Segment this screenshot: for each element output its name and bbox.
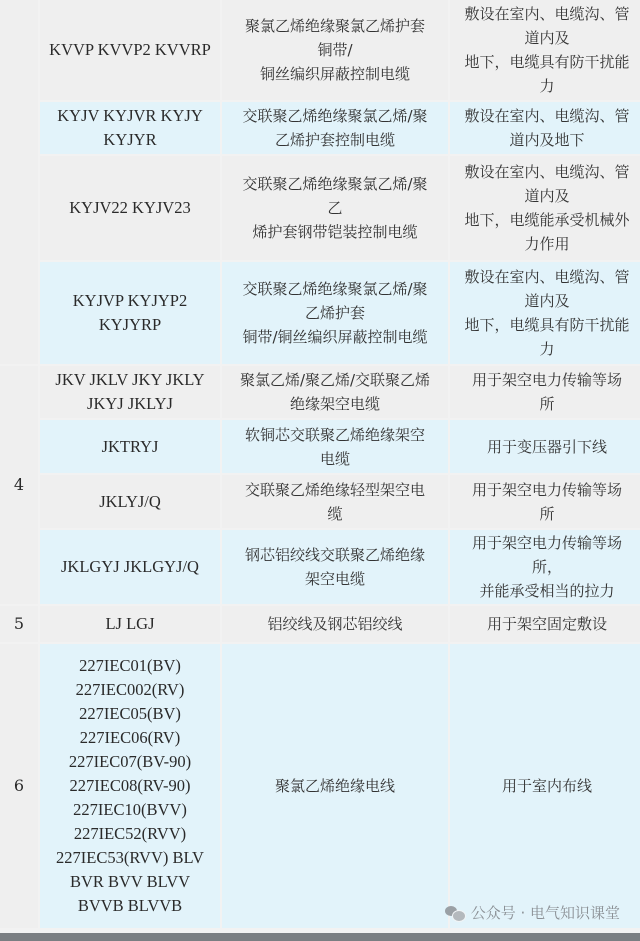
description-cell: 交联聚乙烯绝缘聚氯乙烯/聚 乙烯护套控制电缆 <box>222 102 448 154</box>
description-cell: 交联聚乙烯绝缘聚氯乙烯/聚 乙烯护套 铜带/铜丝编织屏蔽控制电缆 <box>222 262 448 364</box>
row-number: 4 <box>0 366 38 604</box>
model-cell: KVVP KVVP2 KVVRP <box>40 0 220 100</box>
row-number: 5 <box>0 606 38 642</box>
description-cell: 软铜芯交联聚乙烯绝缘架空 电缆 <box>222 420 448 473</box>
row-number: 6 <box>0 644 38 928</box>
model-cell: LJ LGJ <box>40 606 220 642</box>
model-cell: KYJVP KYJYP2 KYJYRP <box>40 262 220 364</box>
usage-cell: 用于架空电力传输等场 所， 并能承受相当的拉力 <box>450 530 640 604</box>
usage-cell: 用于室内布线 <box>450 644 640 928</box>
table-row: KYJV22 KYJV23 交联聚乙烯绝缘聚氯乙烯/聚 乙 烯护套钢带铠装控制电… <box>0 156 640 260</box>
model-cell: KYJV22 KYJV23 <box>40 156 220 260</box>
usage-cell: 用于架空电力传输等场 所 <box>450 366 640 418</box>
usage-cell: 敷设在室内、电缆沟、管 道内及 地下，电缆能承受机械外 力作用 <box>450 156 640 260</box>
bottom-bar <box>0 933 640 941</box>
table-row: JKLYJ/Q 交联聚乙烯绝缘轻型架空电 缆 用于架空电力传输等场 所 <box>0 475 640 528</box>
watermark: 公众号 · 电气知识课堂 <box>445 902 620 923</box>
model-cell: JKV JKLV JKY JKLY JKYJ JKLYJ <box>40 366 220 418</box>
usage-cell: 用于架空电力传输等场 所 <box>450 475 640 528</box>
usage-cell: 用于架空固定敷设 <box>450 606 640 642</box>
model-cell: 227IEC01(BV) 227IEC002(RV) 227IEC05(BV) … <box>40 644 220 928</box>
usage-cell: 敷设在室内、电缆沟、管 道内及 地下，电缆具有防干扰能 力 <box>450 0 640 100</box>
model-cell: JKTRYJ <box>40 420 220 473</box>
description-cell: 交联聚乙烯绝缘聚氯乙烯/聚 乙 烯护套钢带铠装控制电缆 <box>222 156 448 260</box>
usage-cell: 用于变压器引下线 <box>450 420 640 473</box>
table-row: KYJV KYJVR KYJY KYJYR 交联聚乙烯绝缘聚氯乙烯/聚 乙烯护套… <box>0 102 640 154</box>
table-row: KYJVP KYJYP2 KYJYRP 交联聚乙烯绝缘聚氯乙烯/聚 乙烯护套 铜… <box>0 262 640 364</box>
watermark-text: 公众号 · 电气知识课堂 <box>471 902 620 923</box>
usage-cell: 敷设在室内、电缆沟、管 道内及地下 <box>450 102 640 154</box>
description-cell: 聚氯乙烯绝缘聚氯乙烯护套 铜带/ 铜丝编织屏蔽控制电缆 <box>222 0 448 100</box>
description-cell: 聚氯乙烯/聚乙烯/交联聚乙烯 绝缘架空电缆 <box>222 366 448 418</box>
table-row: 5 LJ LGJ 铝绞线及钢芯铝绞线 用于架空固定敷设 <box>0 606 640 642</box>
description-cell: 铝绞线及钢芯铝绞线 <box>222 606 448 642</box>
model-cell: JKLYJ/Q <box>40 475 220 528</box>
table-row: 4 JKV JKLV JKY JKLY JKYJ JKLYJ 聚氯乙烯/聚乙烯/… <box>0 366 640 418</box>
table-row: JKTRYJ 软铜芯交联聚乙烯绝缘架空 电缆 用于变压器引下线 <box>0 420 640 473</box>
description-cell: 交联聚乙烯绝缘轻型架空电 缆 <box>222 475 448 528</box>
row-number <box>0 0 38 364</box>
table-row: JKLGYJ JKLGYJ/Q 钢芯铝绞线交联聚乙烯绝缘 架空电缆 用于架空电力… <box>0 530 640 604</box>
usage-cell: 敷设在室内、电缆沟、管 道内及 地下，电缆具有防干扰能 力 <box>450 262 640 364</box>
table-row: KVVP KVVP2 KVVRP 聚氯乙烯绝缘聚氯乙烯护套 铜带/ 铜丝编织屏蔽… <box>0 0 640 100</box>
description-cell: 聚氯乙烯绝缘电线 <box>222 644 448 928</box>
wechat-icon <box>445 905 465 921</box>
model-cell: JKLGYJ JKLGYJ/Q <box>40 530 220 604</box>
model-cell: KYJV KYJVR KYJY KYJYR <box>40 102 220 154</box>
cable-model-table: KVVP KVVP2 KVVRP 聚氯乙烯绝缘聚氯乙烯护套 铜带/ 铜丝编织屏蔽… <box>0 0 640 930</box>
description-cell: 钢芯铝绞线交联聚乙烯绝缘 架空电缆 <box>222 530 448 604</box>
table-row: 6 227IEC01(BV) 227IEC002(RV) 227IEC05(BV… <box>0 644 640 928</box>
